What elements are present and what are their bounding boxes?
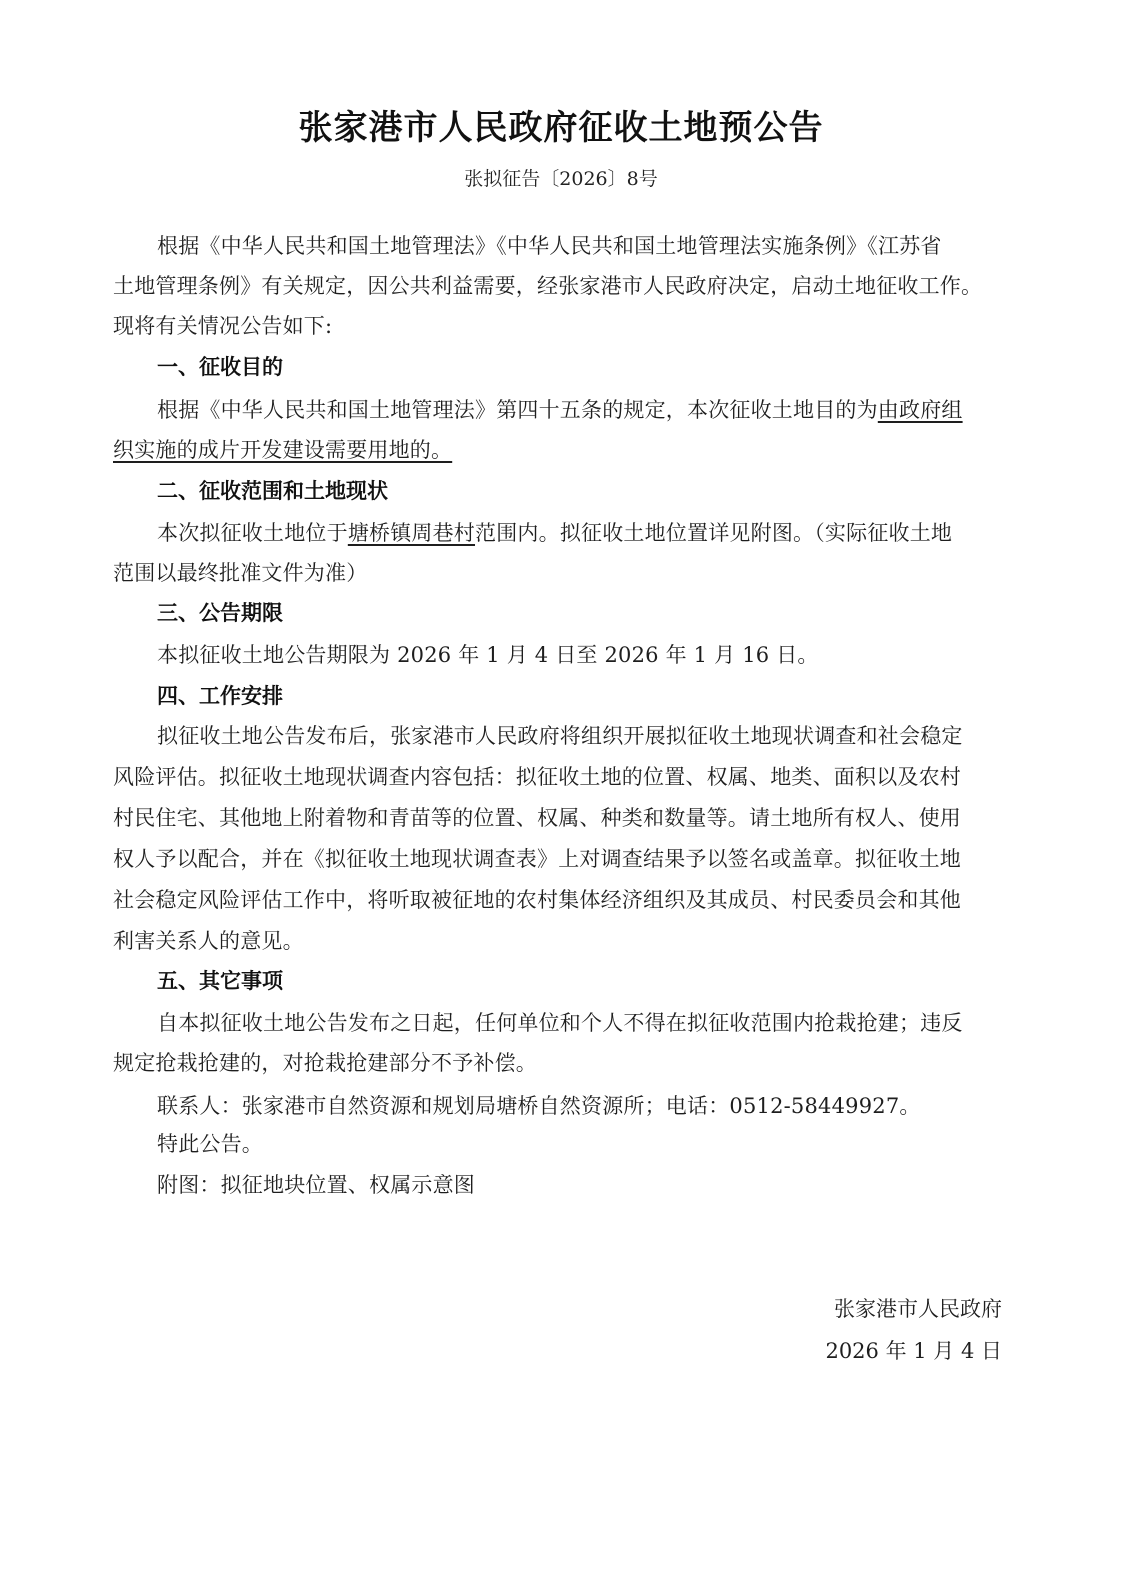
work-line-5: 社会稳定风险评估工作中，将听取被征地的农村集体经济组织及其成员、村民委员会和其他 <box>113 885 1003 915</box>
intro-line-1: 根据《中华人民共和国土地管理法》《中华人民共和国土地管理法实施条例》《江苏省 <box>157 231 1047 261</box>
work-line-4: 权人予以配合，并在《拟征收土地现状调查表》上对调查结果予以签名或盖章。拟征收土地 <box>113 844 1003 874</box>
contact-line: 联系人：张家港市自然资源和规划局塘桥自然资源所；电话：0512-58449927… <box>157 1091 1047 1121</box>
other-line-1: 自本拟征收土地公告发布之日起，任何单位和个人不得在拟征收范围内抢栽抢建；违反 <box>157 1008 1047 1038</box>
scope-line-2: 范围以最终批准文件为准） <box>113 558 1003 588</box>
document-number: 张拟征告〔2026〕8号 <box>0 164 1122 191</box>
scope-text-pre: 本次拟征收土地位于 <box>157 521 348 545</box>
section-heading-work: 四、工作安排 <box>157 681 283 711</box>
closing-line: 特此公告。 <box>157 1129 1047 1159</box>
attachment-line: 附图：拟征地块位置、权属示意图 <box>157 1170 1047 1200</box>
section-heading-other: 五、其它事项 <box>157 966 283 996</box>
signature-issuer: 张家港市人民政府 <box>834 1294 1002 1324</box>
work-line-2: 风险评估。拟征收土地现状调查内容包括：拟征收土地的位置、权属、地类、面积以及农村 <box>113 762 1003 792</box>
purpose-line-1: 根据《中华人民共和国土地管理法》第四十五条的规定，本次征收土地目的为由政府组 <box>157 395 1047 425</box>
section-heading-scope: 二、征收范围和土地现状 <box>157 476 388 506</box>
scope-text-post: 范围内。拟征收土地位置详见附图。（实际征收土地 <box>475 521 952 545</box>
purpose-underlined-text-cont: 织实施的成片开发建设需要用地的。 <box>113 438 452 462</box>
document-title: 张家港市人民政府征收土地预公告 <box>0 100 1122 149</box>
work-line-3: 村民住宅、其他地上附着物和青苗等的位置、权属、种类和数量等。请土地所有权人、使用 <box>113 803 1003 833</box>
period-line-1: 本拟征收土地公告期限为 2026 年 1 月 4 日至 2026 年 1 月 1… <box>157 640 1047 670</box>
scope-line-1: 本次拟征收土地位于塘桥镇周巷村范围内。拟征收土地位置详见附图。（实际征收土地 <box>157 518 1047 548</box>
document-page: 张家港市人民政府征收土地预公告 张拟征告〔2026〕8号 根据《中华人民共和国土… <box>0 0 1122 1587</box>
section-heading-purpose: 一、征收目的 <box>157 352 283 382</box>
purpose-underlined-text: 由政府组 <box>878 398 963 422</box>
purpose-line-2: 织实施的成片开发建设需要用地的。 <box>113 435 1003 465</box>
purpose-text: 根据《中华人民共和国土地管理法》第四十五条的规定，本次征收土地目的为 <box>157 398 878 422</box>
scope-location: 塘桥镇周巷村 <box>348 521 475 545</box>
signature-date: 2026 年 1 月 4 日 <box>825 1336 1002 1366</box>
other-line-2: 规定抢栽抢建的，对抢栽抢建部分不予补偿。 <box>113 1048 1003 1078</box>
intro-line-3: 现将有关情况公告如下: <box>113 311 1003 341</box>
work-line-1: 拟征收土地公告发布后，张家港市人民政府将组织开展拟征收土地现状调查和社会稳定 <box>157 721 1047 751</box>
intro-line-2: 土地管理条例》有关规定，因公共利益需要，经张家港市人民政府决定，启动土地征收工作… <box>113 271 1003 301</box>
section-heading-period: 三、公告期限 <box>157 598 283 628</box>
work-line-6: 利害关系人的意见。 <box>113 926 1003 956</box>
